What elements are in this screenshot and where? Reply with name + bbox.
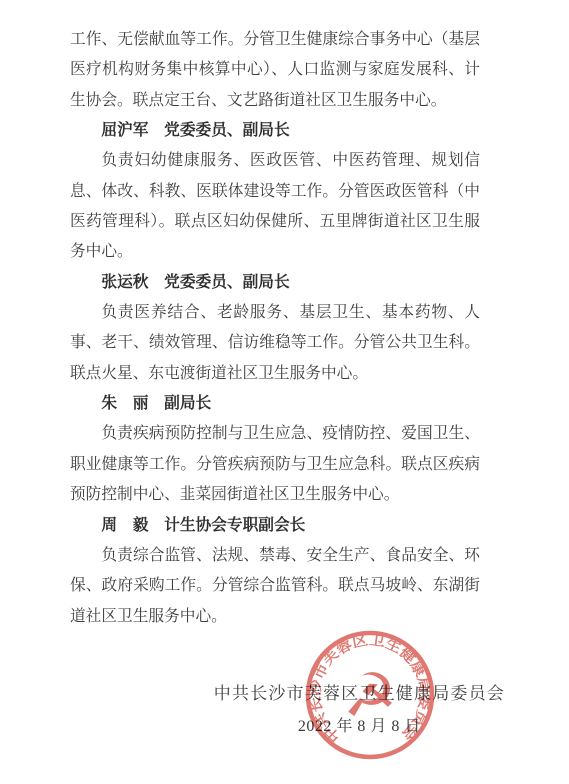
paragraph: 负责妇幼健康服务、医政医管、中医药管理、规划信息、体改、科教、医联体建设等工作。… [70,146,480,267]
officer-heading: 屈沪军 党委委员、副局长 [70,116,480,146]
signature-block: 中共长沙市芙蓉区卫生健康局委员会 2022 年 8 月 8 日 [214,683,505,737]
paragraph: 负责综合监管、法规、禁毒、安全生产、食品安全、环保、政府采购工作。分管综合监管科… [70,541,480,632]
paragraph: 负责疾病预防控制与卫生应急、疫情防控、爱国卫生、职业健康等工作。分管疾病预防与卫… [70,419,480,510]
signature-line: 中共长沙市芙蓉区卫生健康局委员会 [214,683,505,705]
document-page: 工作、无偿献血等工作。分管卫生健康综合事务中心（基层医疗机构财务集中核算中心）、… [0,0,569,784]
paragraph: 工作、无偿献血等工作。分管卫生健康综合事务中心（基层医疗机构财务集中核算中心）、… [70,25,480,116]
officer-heading: 张运秋 党委委员、副局长 [70,268,480,298]
paragraph: 负责医养结合、老龄服务、基层卫生、基本药物、人事、老干、绩效管理、信访维稳等工作… [70,298,480,389]
officer-heading: 周 毅 计生协会专职副会长 [70,511,480,541]
officer-heading: 朱 丽 副局长 [70,389,480,419]
date-line: 2022 年 8 月 8 日 [214,717,505,737]
document-body: 工作、无偿献血等工作。分管卫生健康综合事务中心（基层医疗机构财务集中核算中心）、… [70,25,480,632]
